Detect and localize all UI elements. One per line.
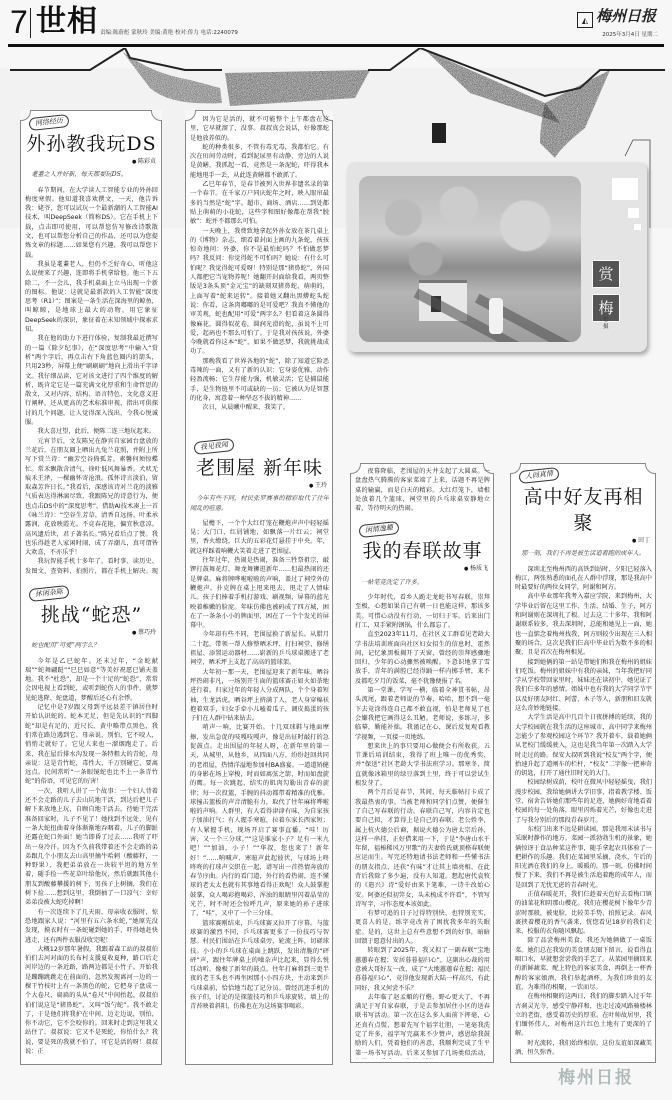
paragraph: 夜幕降临，老围屋的天井支起了大圆桌。一盘盘热气腾腾的客家菜端了上来，话题不再是牌… — [355, 467, 490, 513]
paragraph: 大学生活是高中几百个日夜拼搏的延续，我的大学校园就在我生活的这座城市，高中同学来… — [515, 713, 652, 778]
article-author: 王玲 — [190, 481, 327, 491]
article-title: 老围屋 新年味 — [190, 455, 329, 481]
paragraph: 今年却有些不同，老围屋换了新屋长。从腊月二十起，带领一帮人修整晒禾坪、打扫祠堂、… — [190, 630, 329, 667]
article-author: 杨质飞 — [355, 564, 488, 574]
masthead: 7 世相 责编:陈蔚彪 蒙秋玲 美编:黄艳 校对:侨力 电话:2240079 ◭… — [0, 0, 672, 44]
paragraph: 乙巳年春节，是春节被列入世界非遗名录的第一个春节。在千家万户同庆蛇年之时，映入眼… — [190, 180, 329, 226]
paragraph: 今年是乙巳蛇年。还未过年，“金蛇献瑞”“蛇舞翩跹”“巳巳如意”等美好祝愿已铺天盖… — [25, 657, 158, 703]
paragraph: 去年临了赵孟頫的行楷，野心更大了，不再满足于写自家春联，于是去参加居住小区的送春… — [355, 993, 490, 1059]
photo-title-char: 赏 — [592, 260, 620, 288]
article-lead: 蛇也配用“可爱”两字么？ — [25, 641, 158, 650]
article-spring-couplets: 夜幕降临，老围屋的天井支起了大圆桌。一盘盘热气腾腾的客家菜端了上来，话题不再是牌… — [355, 467, 490, 1059]
decor-square — [628, 208, 639, 218]
paragraph: 蛇的种类很多，不管有毒无毒，我都怕它。有次在田间劳动时，看到泥尿里有动静，旁边的… — [190, 143, 329, 180]
paragraph: 记忆中是7岁跟父母到平远县差干镇居住时开始认识蛇的。蛇本无足，但是先认识的“四脚… — [25, 703, 158, 787]
paragraph: 接到她俩的第一站是带她们和我在梅州的姐妹们吃饭。梅州的姐妹中有我的亲妹，当年我把… — [515, 658, 652, 714]
paragraph: 我大喜过望，此后，便陈二连三地玩起来。 — [25, 427, 158, 436]
paragraph: 往年过年，热闹是热闹，准备三牲祭祖宗，敲锣打鼓舞花灯，舞龙舞狮逛新年……但最热闹… — [190, 556, 329, 630]
paragraph: 正值春暖花开，我们仨趁着天色好去看梅口镇的油菜花和阴那山樱花。我们在樱花树下像年… — [515, 890, 652, 936]
paragraph: 篮球赛刚结束，乒乓球赛又拉开了序幕。与篮球赛的激烈不同，乒乓球赛更多了一份技巧与… — [190, 919, 329, 1012]
article-lead: 那一刻，我们不再是被生活追着跑的成年人。 — [515, 549, 652, 558]
paragraph: 因为它是活的，就不可能整个上午都盘在这里，它早就溜了，没事。叔叔真会说话，好像那… — [190, 115, 329, 143]
article-title: 挑战“蛇恐” — [25, 602, 158, 628]
paragraph: 高中毕业那年我考入嘉应学院，来到梅州，大学毕业后留在这里工作、生活、结婚、生子，… — [515, 592, 652, 657]
paragraph: 哨声一响，比赛开始。十几双球鞋与地面摩擦，发出急促的吱嘎吱嘎声，像是出征时敲打的… — [190, 723, 329, 918]
header-rule — [8, 44, 664, 47]
article-title: 高中好友再相聚 — [515, 484, 652, 536]
logo-text: 梅州日报 — [596, 7, 656, 25]
person-figure — [489, 298, 503, 334]
paragraph: 东校门出来不远是耕读园，那是我周末读书与采眠时静作的地方。菜园一派勃勃生机的景象… — [515, 825, 652, 890]
paragraph: 元宵节后，文友陈兄在静宾自家园台盘放的兰花后，在朋友圈上晒出九兔兰花照，并附上所… — [25, 437, 158, 558]
issue-date: 2025年3月4日 星期二 — [602, 30, 658, 38]
article-author: 陈彩贞 — [25, 157, 156, 167]
logo-mark-icon: ◭ — [577, 12, 593, 28]
column-tag: 网络经历 — [28, 114, 69, 131]
article-grandson-ds: 网络经历 外孙教我玩DS 陈彩贞 耄耋之人并好新，每天都要玩DS。 春节期间，在… — [25, 114, 158, 574]
paragraph: 想来世上的事只要用心做便会有所收获。五节课后培训结束，我得了班上唯一的优秀奖，并… — [355, 742, 490, 788]
paragraph: 在梅州相聚的这两日，我们的脚步踏入过千年古刹灵光寺，感受宁静祥和，也走过凌风路骑… — [515, 992, 652, 1038]
paragraph: 我在他的助力下进行体验，复制我最近撰写的一篇《除夕纪事》，在“深度思考”中输入“… — [25, 334, 158, 427]
paragraph: 那晚我看了世界各地的“蛇”，除了知道它险恶毒辣的一面，又有了新的认识：它身姿优雅… — [190, 357, 329, 403]
editor-credits: 责编:陈蔚彪 蒙秋玲 美编:黄艳 校对:侨力 电话:2240079 — [100, 28, 238, 36]
paragraph: 深圳北至梅州西的高铁到站时，夕阳已轻落入梅江，两张熟悉的面孔在人群中浮现，那是我… — [515, 565, 652, 593]
article-lead: 耄耋之人并好新，每天都要玩DS。 — [25, 170, 158, 179]
paragraph: 转眼到了2025年，我又拟了一副春联“宝地蕙蕙春在握；安居暮暮福归心”，这副出心… — [355, 946, 490, 992]
paragraph: 有一次连续下了几天雨，母亲收衣服时，惊恐地跟家人说：“河里有五六条水蛇，”她原先… — [25, 908, 158, 945]
paragraph: 有梦可追的日子过得特别快，也特别充实，更喜人的是，练字竟改善了困扰我多年的失眠症… — [355, 909, 490, 946]
section-title: 世相 — [36, 5, 98, 39]
article-author: 田丁 — [515, 536, 650, 546]
column-tag: 闲情逸趣 — [358, 521, 399, 538]
article-snake-fear: 休闲杂陈 挑战“蛇恐” 蔡巧玲 蛇也配用“可爱”两字么？ 今年是乙巳蛇年。还未过… — [25, 585, 158, 1061]
paragraph: 我虽是耄耋老人，但仍不乏好奇心，听他这么说便来了兴趣，连即将手机拿给他。他三下五… — [25, 260, 158, 334]
article-old-weiwu: 我见我闻 老围屋 新年味 王玲 今年有些不同，村民张罗赛事的精彩取代了往年闹乱的… — [190, 438, 329, 1060]
paragraph: 两个月后是春节，其间，每天临帖打卡成了我最热衷的事。当被老师和同学们点赞，便催生… — [355, 788, 490, 909]
paragraph: 春节期间，在大学读人工智能专业的外孙回梅度寒假。他知道我喜欢撰文，一天，他告诉我… — [25, 186, 158, 260]
paragraph: 校园绿树成荫，校叶在微风中轻轻摇曳，我们漫步校园，我给她俩讲大学旧事，指着教学楼… — [515, 778, 652, 824]
paragraph: 除了品尝梅州美食，我还为她俩做了一桌饭菜。她们总在我发的美食朋友圈下留言，说看得… — [515, 936, 652, 992]
article-lead: 今年有些不同，村民张罗赛事的精彩取代了往年闹乱的喧嚣。 — [190, 494, 329, 513]
paragraph: 一次，我听人讲了一个故事：一个妇人背着还不会走路的儿子去山坑地干活，到达后把儿子… — [25, 787, 158, 908]
newspaper-logo: ◭梅州日报 — [577, 5, 656, 28]
article-high-school-friends: 人间真情 高中好友再相聚 田丁 那一刻，我们不再是被生活追着跑的成年人。 深圳北… — [515, 467, 652, 1059]
paragraph: 直至2023年11月，在社区义工群看见老龄大学书法培训班面向社区妇女招生的信息时… — [355, 630, 490, 686]
article-title: 我的春联故事 — [355, 538, 490, 564]
paragraph: 次日，从晨曦中醒来，我笑了。 — [190, 403, 329, 412]
divider — [30, 8, 31, 38]
paragraph: 第一堂课，学写一横，临着全神贯书帖，昂头流尾，跟着老师说的节奏，哈哈，想不到一毫… — [355, 686, 490, 742]
paragraph: 大概12岁那年暑假，我跟着森工站的叔叔伯伯们去河对面的长布村支援夏收夏种，路口后… — [25, 945, 158, 1057]
photo-card: 赏 梅 吴忠 摄 — [347, 162, 647, 352]
paragraph: 时光流转，我们始终相信，这份友谊如深藏美酒，恒久弥香。 — [515, 1039, 652, 1058]
article-author: 蔡巧玲 — [25, 628, 156, 638]
article-lead: 一帖笔竟洗定了许多。 — [355, 578, 490, 587]
paragraph: 大年初一那一天，老围屋迎来了新年味。晒谷坪热闹非凡，一场别开生面的篮球赛正如火如… — [190, 668, 329, 724]
paragraph: 少年时代，看乡人跪走龙蛇书写春联，崇拜至极，心想如果自己有朝一日也能这样，那该多… — [355, 593, 490, 630]
decor-square — [612, 178, 638, 200]
article-snake-fear-continued: 因为它是活的，就不可能整个上午都盘在这里，它早就溜了，没事。叔叔真会说话，好像那… — [190, 115, 329, 433]
paragraph: 我玩智能手机十多年了，看时事、读历史、发图文、查资料、拍照片，都在手机上解决。现… — [25, 557, 158, 574]
article-title: 外孙教我玩DS — [25, 131, 158, 157]
column-tag: 我见我闻 — [193, 438, 234, 455]
paragraph: 一天晚上，我费致地拿起外孙女放在茶几桌上的《博物》杂志，细看着封面上画的九条蛇，… — [190, 227, 329, 357]
column-tag: 人间真情 — [518, 467, 559, 484]
newspaper-watermark: 梅州日报 — [558, 1063, 634, 1088]
plum-blossom-photo — [359, 176, 581, 342]
photo-credit: 吴忠 摄 — [603, 310, 610, 331]
column-tag: 休闲杂陈 — [28, 585, 69, 602]
paragraph: 屋檐下，一个个大红灯笼在鞭炮声声中轻轻摇晃；大门口，红屑铺地，如飘落一片红云；祠… — [190, 519, 329, 556]
page-number: 7 — [10, 6, 28, 38]
decor-square — [634, 224, 641, 230]
